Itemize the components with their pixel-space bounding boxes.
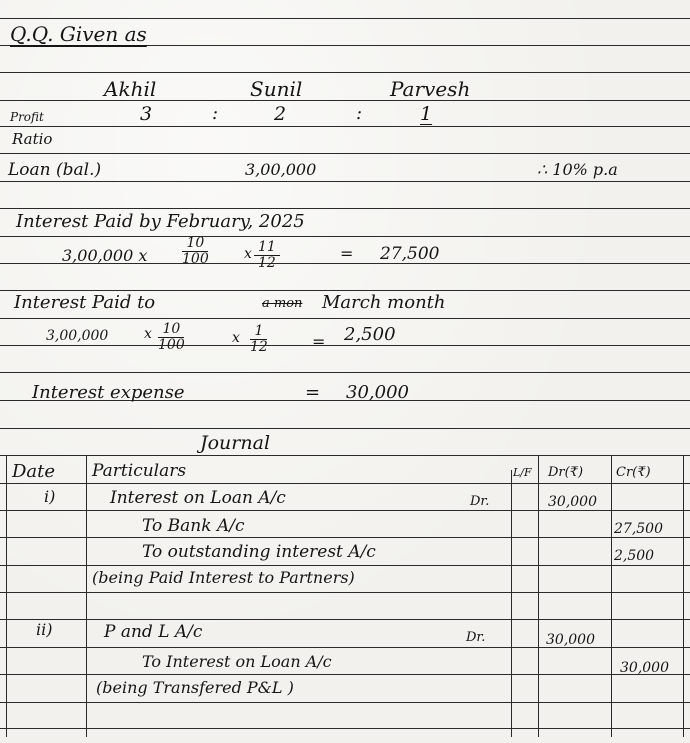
calc1-title: Interest Paid by February, 2025 (16, 211, 305, 232)
journal-title: Journal (200, 432, 270, 454)
fraction-numerator: 10 (182, 236, 208, 252)
fraction-numerator: 10 (158, 322, 184, 338)
expense-value: 30,000 (346, 382, 409, 403)
entry-date: i) (44, 487, 55, 506)
ratio-parvesh: 1 (420, 103, 432, 125)
partner-name-sunil: Sunil (250, 77, 302, 101)
ruled-line (0, 728, 690, 729)
calc1-principal: 3,00,000 x (62, 246, 147, 265)
loan-label: Loan (bal.) (8, 160, 101, 180)
ratio-separator: : (212, 103, 218, 124)
ruled-line (0, 126, 690, 127)
calc2-multiply: x (232, 330, 240, 346)
credit-amount: 30,000 (620, 660, 669, 676)
calc2-equals: = (312, 332, 325, 351)
calc1-equals: = (340, 244, 353, 263)
fraction-denominator: 12 (258, 256, 276, 271)
loan-rate: ∴ 10% p.a (537, 160, 618, 179)
loan-amount: 3,00,000 (245, 160, 316, 179)
ruled-line (0, 372, 690, 373)
dr-mark: Dr. (466, 630, 485, 645)
calc1-result: 27,500 (380, 244, 439, 264)
fraction-numerator: 1 (250, 324, 267, 340)
ruled-line (0, 674, 690, 675)
ruled-line (0, 702, 690, 703)
ruled-line (0, 592, 690, 593)
calc2-title-end: March month (322, 292, 446, 313)
entry-line-text: P and L A/c (104, 622, 202, 642)
fraction-denominator: 100 (182, 252, 209, 267)
notebook-page: Q.Q. Given as Akhil Sunil Parvesh Profit… (0, 0, 690, 743)
ruled-line (0, 510, 690, 511)
calc2-result: 2,500 (344, 324, 396, 345)
debit-amount: 30,000 (546, 632, 595, 648)
ruled-line (0, 537, 690, 538)
ruled-line (0, 18, 690, 19)
table-border (511, 470, 512, 737)
debit-amount: 30,000 (548, 494, 597, 510)
ruled-line (0, 208, 690, 209)
fraction-denominator: 100 (158, 338, 185, 353)
ratio-separator: : (356, 103, 362, 124)
calc2-fraction-rate: 10 100 (158, 322, 185, 353)
ruled-line (0, 290, 690, 291)
ruled-line (0, 483, 690, 484)
ruled-line (0, 619, 690, 620)
question-heading: Q.Q. Given as (10, 22, 147, 46)
entry-narration: (being Paid Interest to Partners) (92, 568, 355, 587)
header-date: Date (12, 461, 55, 482)
ruled-line (0, 428, 690, 429)
ruled-line (0, 236, 690, 237)
calc2-principal: 3,00,000 (46, 328, 108, 344)
credit-amount: 2,500 (614, 548, 654, 564)
table-border (538, 455, 539, 737)
ruled-line (0, 318, 690, 319)
header-cr: Cr(₹) (616, 465, 651, 480)
table-border (86, 455, 87, 737)
table-border (6, 455, 7, 737)
partner-name-parvesh: Parvesh (390, 77, 470, 101)
ruled-line (0, 72, 690, 73)
calc2-title-struck: a mon (262, 296, 302, 311)
fraction-denominator: 12 (250, 340, 268, 355)
entry-date: ii) (36, 620, 52, 639)
ruled-line (0, 565, 690, 566)
entry-line-text: To Bank A/c (142, 516, 244, 536)
calc2-fraction-months: 1 12 (250, 324, 268, 355)
ruled-line (0, 181, 690, 182)
ratio-akhil: 3 (140, 103, 152, 125)
ruled-line (0, 455, 690, 456)
partner-name-akhil: Akhil (104, 77, 156, 101)
entry-narration: (being Transfered P&L ) (96, 678, 294, 697)
profit-ratio-label-line2: Ratio (12, 130, 52, 148)
expense-equals: = (305, 382, 320, 403)
entry-line-text: Interest on Loan A/c (110, 488, 286, 508)
fraction-numerator: 11 (254, 240, 280, 256)
table-border (683, 455, 684, 737)
profit-ratio-label-line1: Profit (10, 110, 44, 124)
calc1-multiply: x (244, 246, 252, 262)
calc1-fraction-months: 11 12 (254, 240, 280, 271)
ratio-sunil: 2 (274, 103, 286, 125)
header-dr: Dr(₹) (548, 465, 583, 480)
header-lf: L/F (513, 466, 532, 479)
credit-amount: 27,500 (614, 521, 663, 537)
expense-label: Interest expense (32, 382, 185, 403)
calc2-multiply: x (144, 326, 152, 342)
entry-line-text: To Interest on Loan A/c (142, 652, 332, 671)
header-particulars: Particulars (92, 461, 186, 481)
table-border (611, 455, 612, 737)
entry-line-text: To outstanding interest A/c (142, 542, 376, 562)
dr-mark: Dr. (470, 494, 489, 509)
ruled-line (0, 345, 690, 346)
ruled-line (0, 153, 690, 154)
calc2-title-start: Interest Paid to (14, 292, 155, 313)
calc1-fraction-rate: 10 100 (182, 236, 209, 267)
